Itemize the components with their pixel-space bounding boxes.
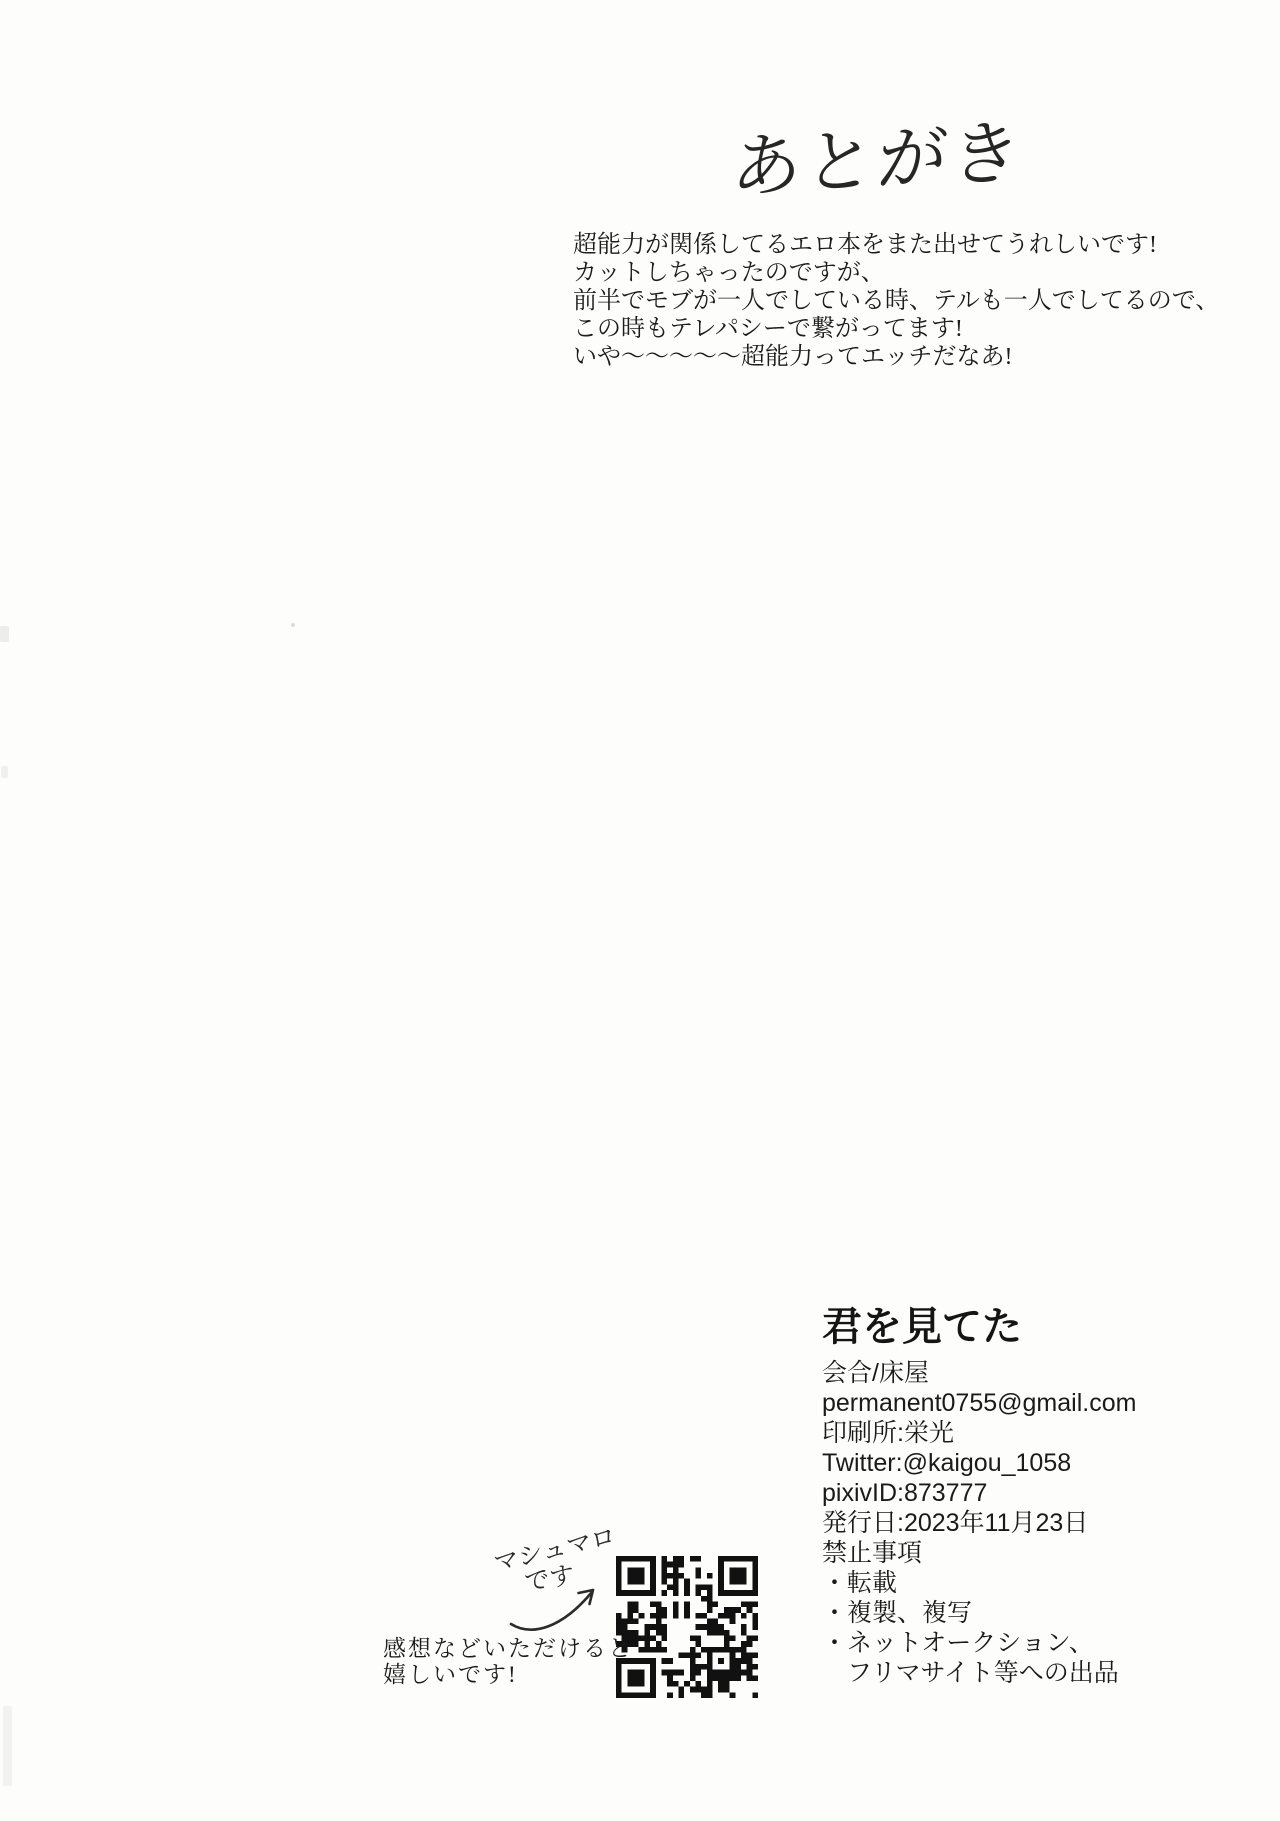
scan-artifact [1, 766, 8, 778]
afterword-line: いや〜〜〜〜〜超能力ってエッチだなあ! [573, 343, 1193, 371]
qr-code-image [616, 1554, 758, 1700]
publish-date-line: 発行日:2023年11月23日 [822, 1508, 1136, 1538]
marshmallow-qr-code [616, 1554, 758, 1700]
prohibited-item: フリマサイト等への出品 [822, 1658, 1136, 1688]
prohibited-heading: 禁止事項 [822, 1538, 1136, 1568]
contact-email: permanent0755@gmail.com [822, 1388, 1136, 1418]
afterword-line: この時もテレパシーで繋がってます! [573, 315, 1193, 343]
pixiv-id-line: pixivID:873777 [822, 1478, 1136, 1508]
prohibited-item: ・複製、複写 [822, 1598, 1136, 1628]
afterword-handwritten-title: あとがき [729, 96, 1028, 213]
circle-name: 会合/床屋 [822, 1358, 1136, 1388]
scanned-afterword-page: あとがき 超能力が関係してるエロ本をまた出せてうれしいです! カットしちゃったの… [0, 0, 1280, 1821]
book-title: 君を見てた [822, 1304, 1136, 1350]
scan-artifact [3, 1706, 12, 1786]
scan-artifact [291, 623, 295, 627]
afterword-paragraph: 超能力が関係してるエロ本をまた出せてうれしいです! カットしちゃったのですが、 … [573, 231, 1193, 371]
prohibited-item: ・ネットオークション、 [822, 1628, 1136, 1658]
curved-arrow-icon [506, 1578, 606, 1636]
colophon-block: 君を見てた 会合/床屋 permanent0755@gmail.com 印刷所:… [822, 1304, 1136, 1688]
feedback-message: 感想などいただけると 嬉しいです! [383, 1636, 633, 1688]
feedback-line: 嬉しいです! [383, 1662, 633, 1688]
prohibited-item: ・転載 [822, 1568, 1136, 1598]
afterword-line: 前半でモブが一人でしている時、テルも一人でしてるので、 [573, 287, 1193, 315]
afterword-line: 超能力が関係してるエロ本をまた出せてうれしいです! [573, 231, 1193, 259]
printer-line: 印刷所:栄光 [822, 1418, 1136, 1448]
colophon-lines: 会合/床屋 permanent0755@gmail.com 印刷所:栄光 Twi… [822, 1358, 1136, 1688]
scan-artifact [0, 626, 9, 642]
twitter-line: Twitter:@kaigou_1058 [822, 1448, 1136, 1478]
afterword-line: カットしちゃったのですが、 [573, 259, 1193, 287]
feedback-line: 感想などいただけると [383, 1636, 633, 1662]
